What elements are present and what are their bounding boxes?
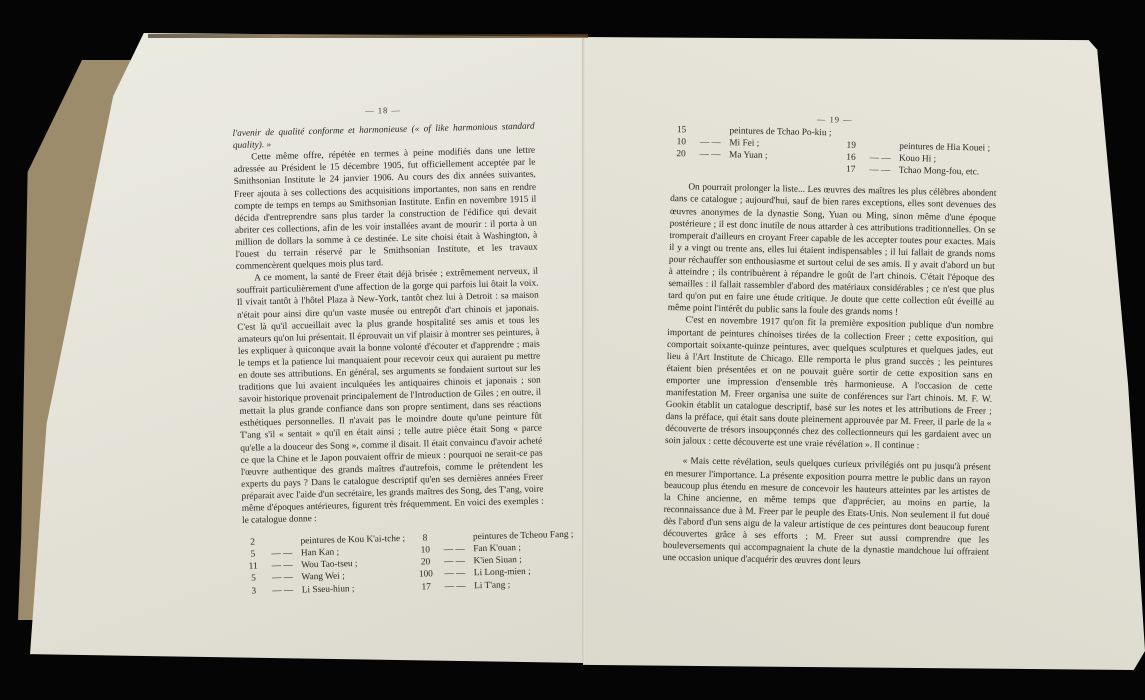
paragraph: On pourrait prolonger la liste... Les œu… xyxy=(668,181,997,321)
book-photo: — 18 — l'avenir de qualité conforme et h… xyxy=(0,0,1145,700)
paragraph: A ce moment, la santé de Freer était déj… xyxy=(236,266,544,527)
catalogue-column: 15peintures de Tchao Po-kiu ; 10— —Mi Fe… xyxy=(671,124,832,176)
list-item: 20— —Ma Yuan ; xyxy=(671,148,831,163)
catalogue-list: 15peintures de Tchao Po-kiu ; 10— —Mi Fe… xyxy=(671,124,998,179)
page-edge-stain xyxy=(148,34,588,38)
right-page-text: — 19 — 15peintures de Tchao Po-kiu ; 10—… xyxy=(662,110,997,571)
book-gutter xyxy=(582,38,585,663)
paragraph: Cette même offre, répétée en termes à pe… xyxy=(233,145,538,273)
quotation-paragraph: « Mais cette révélation, seuls quelques … xyxy=(662,455,990,571)
catalogue-column: 2peintures de Kou K'ai-tche ; 5— —Han Ka… xyxy=(242,533,406,597)
paragraph: C'est en novembre 1917 qu'on fit la prem… xyxy=(665,314,994,454)
catalogue-list: 2peintures de Kou K'ai-tche ; 5— —Han Ka… xyxy=(242,530,545,598)
catalogue-column: 8peintures de Tcheou Fang ; 10— —Fan K'o… xyxy=(415,529,575,593)
catalogue-column: 19peintures de Hia Kouei ; 16— —Kouo Hi … xyxy=(841,128,998,180)
left-page-text: — 18 — l'avenir de qualité conforme et h… xyxy=(232,101,546,598)
